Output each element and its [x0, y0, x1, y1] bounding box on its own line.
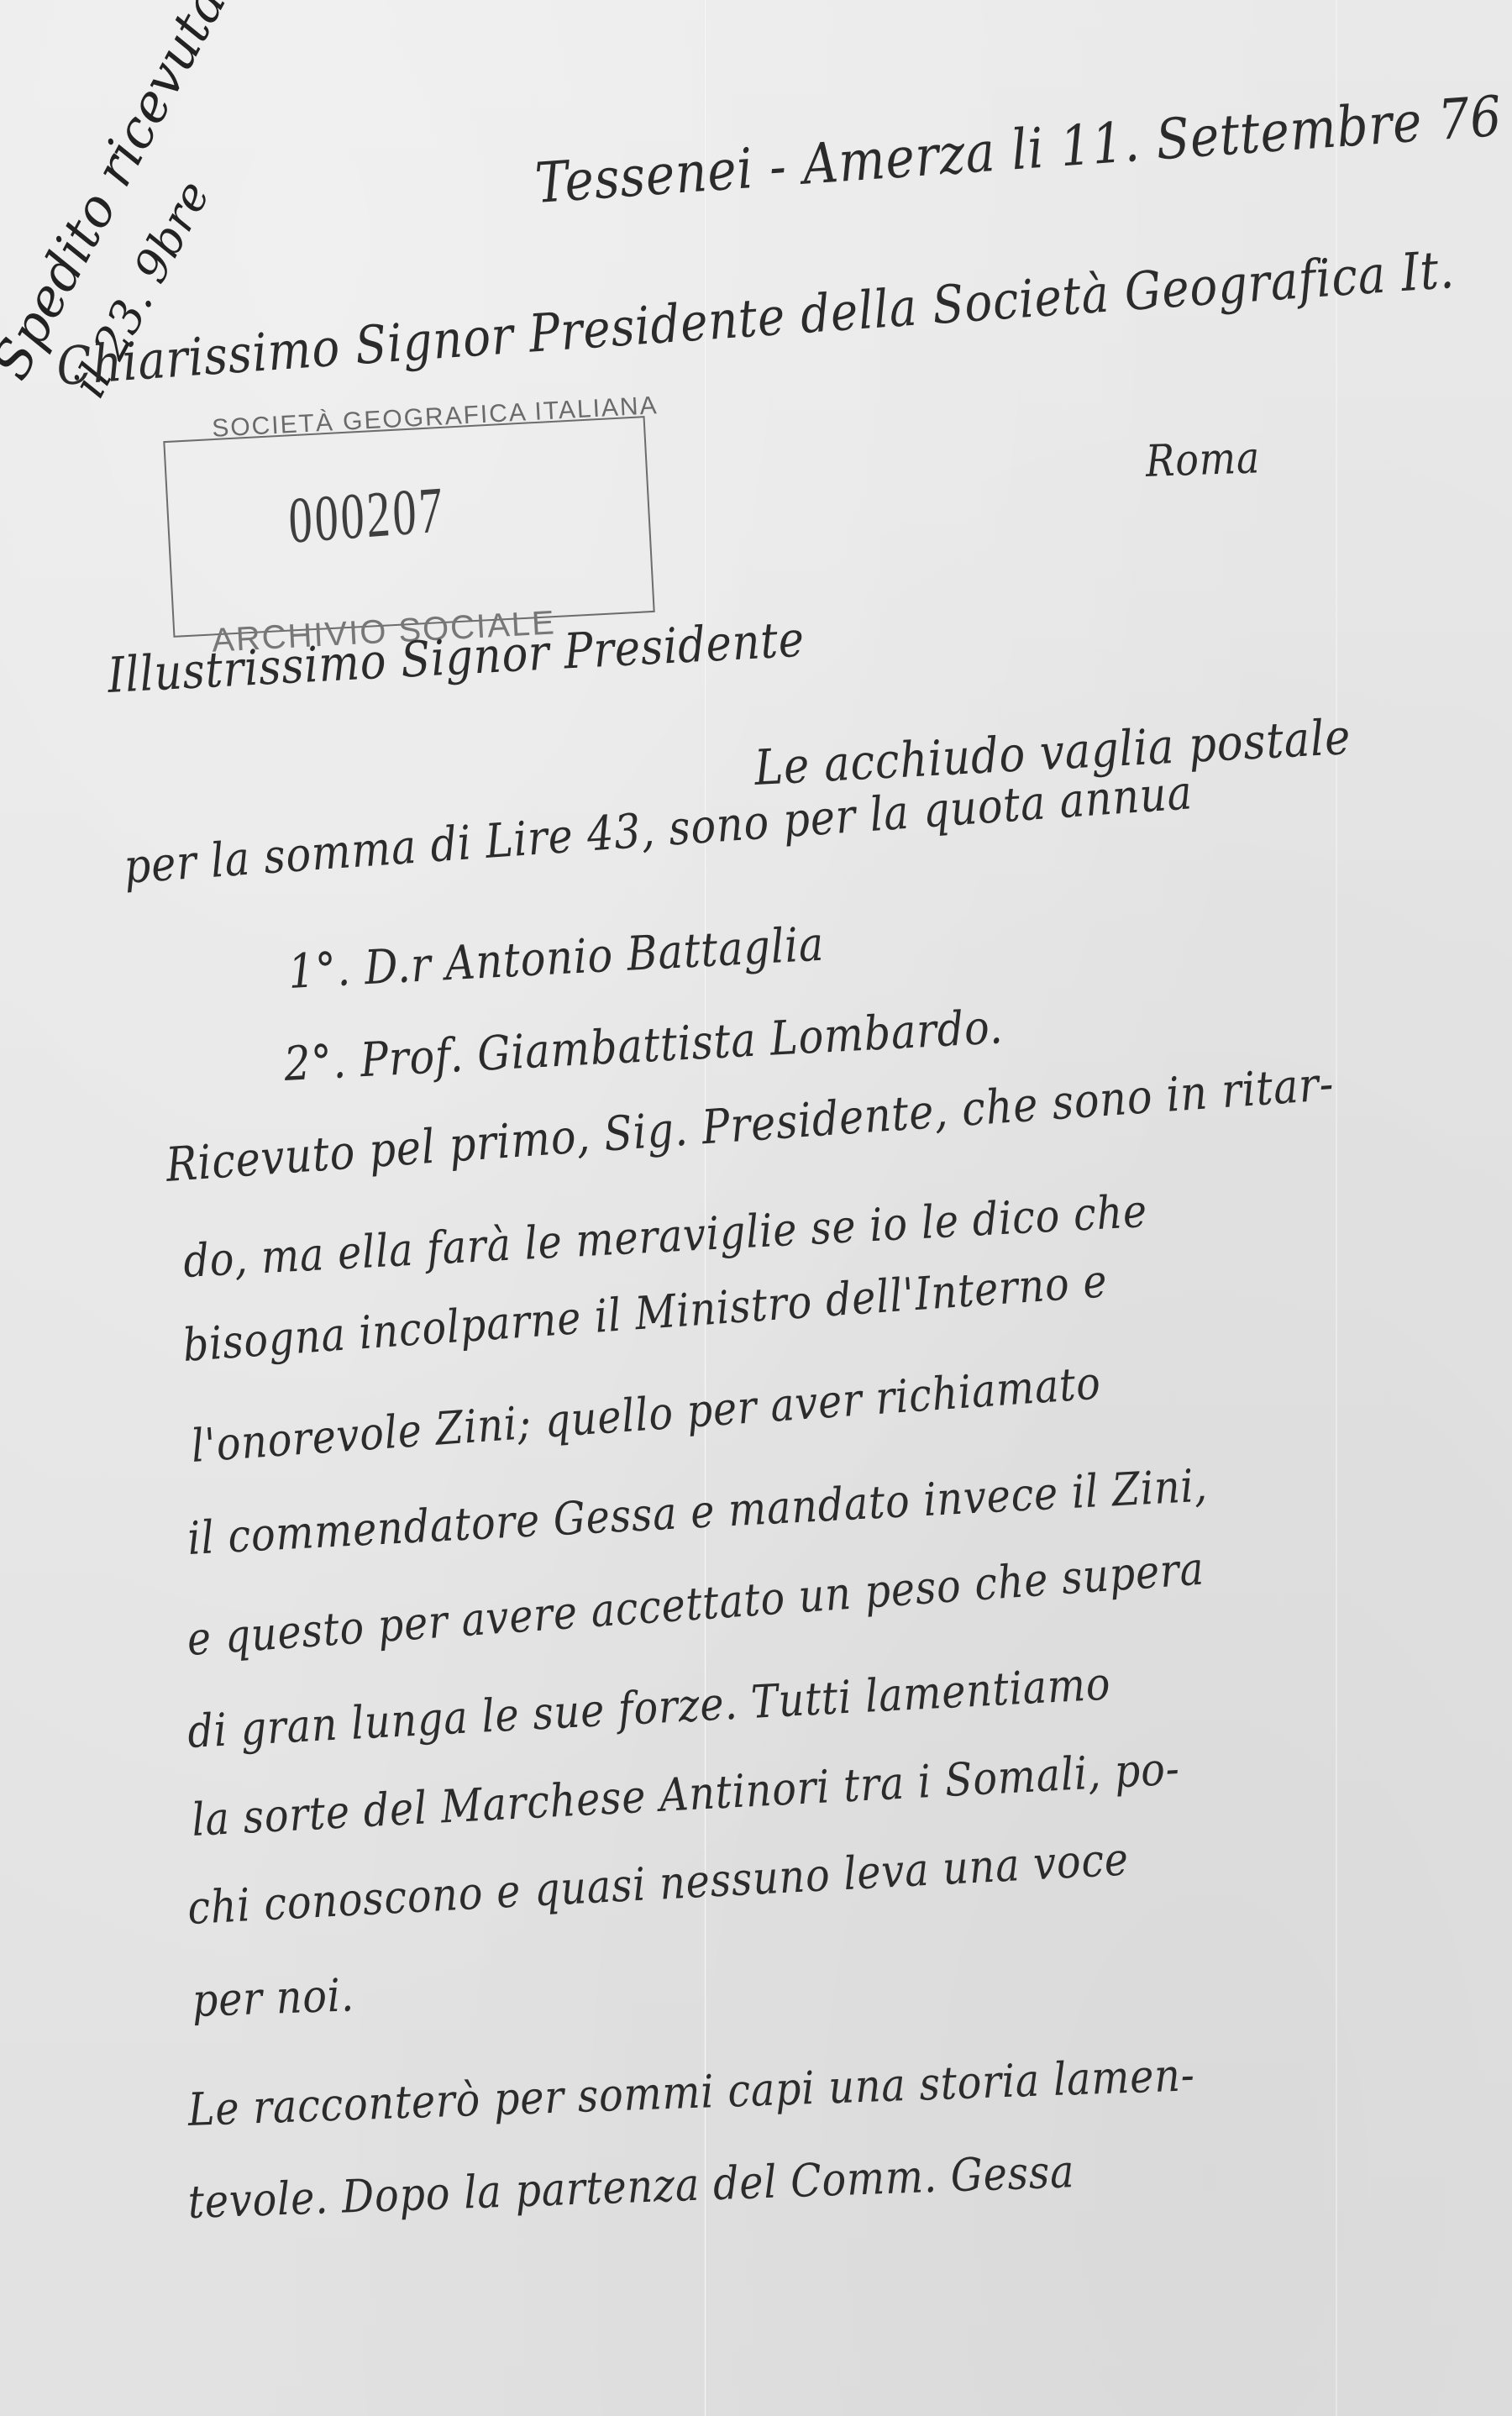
body-line: la sorte del Marchese Antinori tra i Som…	[191, 1735, 1316, 1846]
letter-page: Spedito ricevuta il 23. 9bre SOCIETÀ GEO…	[0, 0, 1512, 2416]
body-line: chi conoscono e quasi nessuno leva una v…	[186, 1825, 1258, 1935]
body-line: 2°. Prof. Giambattista Lombardo.	[283, 995, 1103, 1092]
body-line: per la somma di Lire 43, sono per la quo…	[122, 755, 1340, 895]
body-line: tevole. Dopo la partenza del Comm. Gessa	[187, 2140, 1196, 2229]
body-line: di gran lunga le sue forze. Tutti lament…	[186, 1651, 1238, 1758]
body-line: l'onorevole Zini; quello per aver richia…	[190, 1347, 1227, 1473]
place-date: Tessenei - Amerza li 11. Settembre 76	[533, 75, 1512, 216]
paper-crease	[1336, 0, 1337, 2416]
stamp-number: 000207	[287, 471, 446, 558]
body-line: Le racconterò per sommi capi una storia …	[187, 2043, 1333, 2136]
addressee-city: Roma	[1145, 433, 1277, 487]
body-line: 1°. D.r Antonio Battaglia	[287, 913, 899, 1000]
body-line: per noi.	[192, 1967, 377, 2027]
